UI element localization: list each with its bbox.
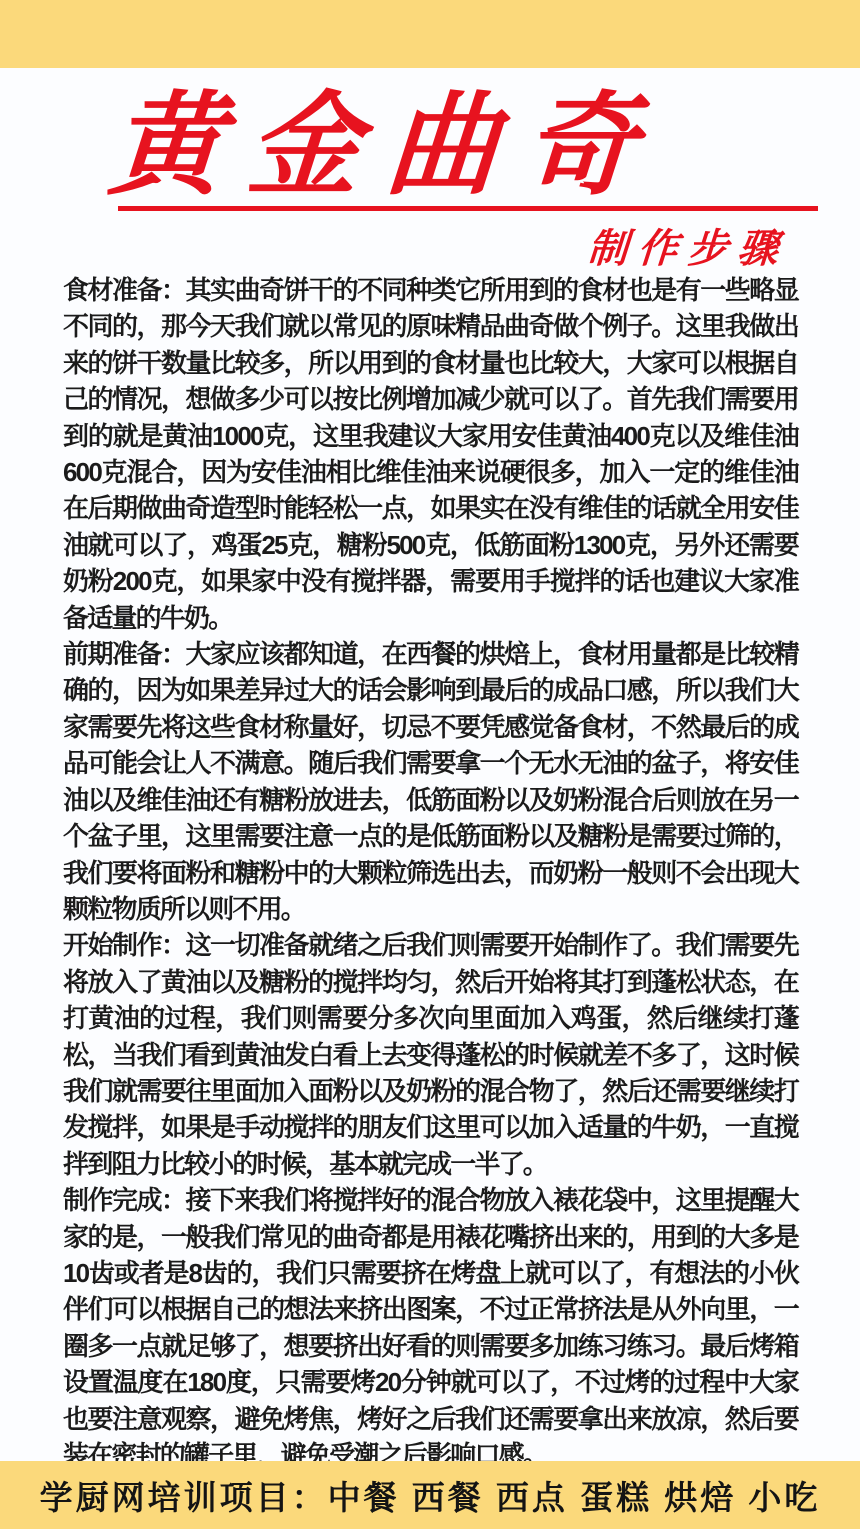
paragraph-preparation: 前期准备：大家应该都知道，在西餐的烘焙上，食材用量都是比较精确的，因为如果差异过… — [63, 636, 798, 927]
page-subtitle: 制作步骤 — [586, 217, 790, 274]
paragraph-text: 其实曲奇饼干的不同种类它所用到的食材也是有一些略显不同的，那今天我们就以常见的原… — [63, 275, 798, 633]
footer-text: 学厨网培训项目：中餐 西餐 西点 蛋糕 烘焙 小吃 — [40, 1472, 821, 1519]
bottom-border-band: 学厨网培训项目：中餐 西餐 西点 蛋糕 烘焙 小吃 — [0, 1461, 860, 1529]
paragraph-text: 这一切准备就绪之后我们则需要开始制作了。我们需要先将放入了黄油以及糖粉的搅拌均匀… — [63, 930, 798, 1178]
paragraph-label: 制作完成： — [63, 1185, 186, 1215]
paragraph-ingredients: 食材准备：其实曲奇饼干的不同种类它所用到的食材也是有一些略显不同的，那今天我们就… — [63, 272, 798, 636]
paragraph-label: 食材准备： — [63, 275, 186, 305]
paragraph-making: 开始制作：这一切准备就绪之后我们则需要开始制作了。我们需要先将放入了黄油以及糖粉… — [63, 927, 798, 1182]
title-underline — [118, 206, 818, 211]
recipe-article: 食材准备：其实曲奇饼干的不同种类它所用到的食材也是有一些略显不同的，那今天我们就… — [63, 272, 798, 1473]
paragraph-label: 开始制作： — [63, 930, 186, 960]
paragraph-label: 前期准备： — [63, 639, 186, 669]
recipe-poster-page: 黄金曲奇 制作步骤 食材准备：其实曲奇饼干的不同种类它所用到的食材也是有一些略显… — [0, 0, 860, 1529]
top-border-band — [0, 0, 860, 68]
page-title: 黄金曲奇 — [106, 84, 667, 207]
paragraph-text: 大家应该都知道，在西餐的烘焙上，食材用量都是比较精确的，因为如果差异过大的话会影… — [63, 639, 798, 924]
paragraph-text: 接下来我们将搅拌好的混合物放入裱花袋中，这里提醒大家的是，一般我们常见的曲奇都是… — [63, 1185, 798, 1470]
paragraph-finishing: 制作完成：接下来我们将搅拌好的混合物放入裱花袋中，这里提醒大家的是，一般我们常见… — [63, 1182, 798, 1473]
